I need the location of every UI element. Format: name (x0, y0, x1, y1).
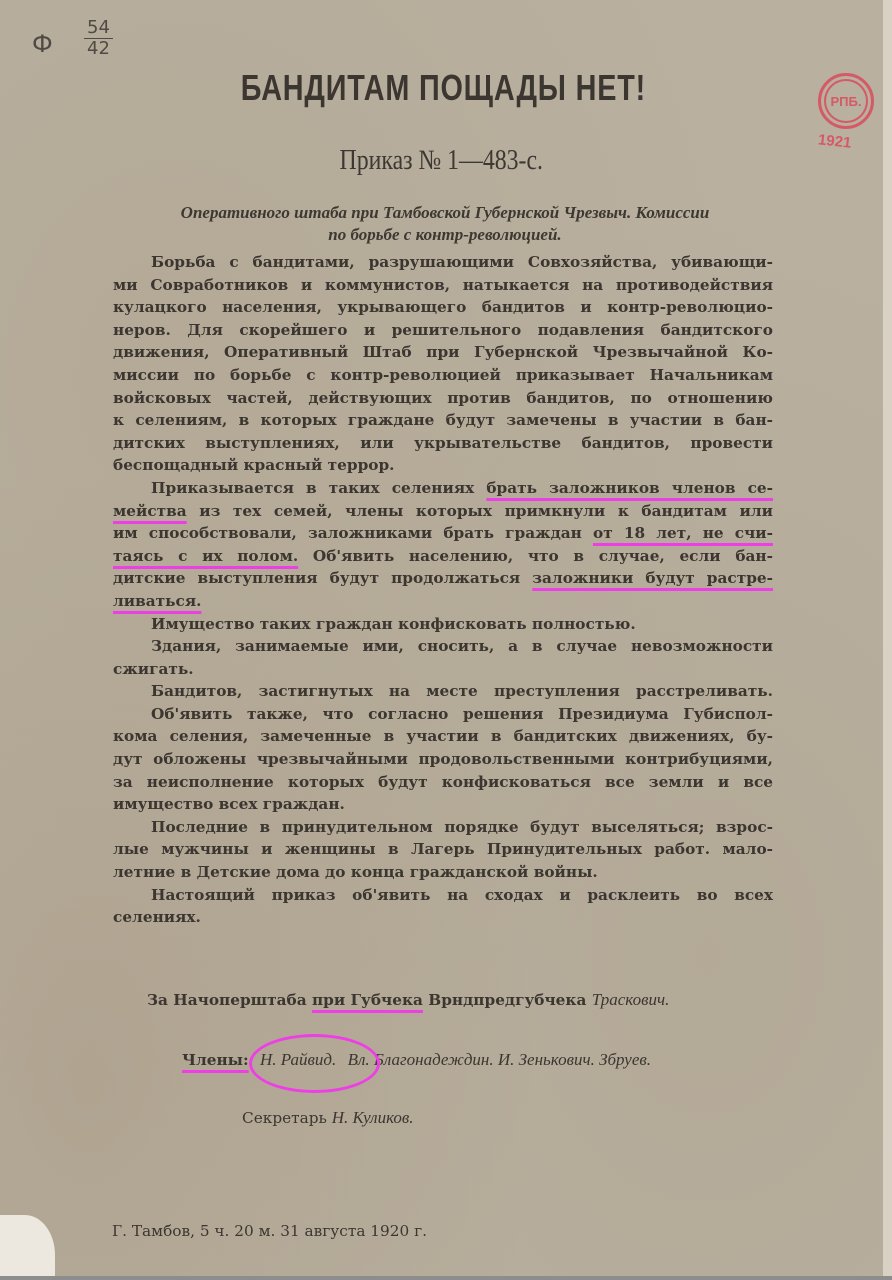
text-line: сжигать. (113, 658, 773, 681)
text-line: Приказывается в таких селениях брать зал… (113, 477, 773, 500)
library-stamp: РПБ. (818, 73, 874, 129)
text-line: Бандитов, застигнутых на месте преступле… (113, 680, 773, 703)
text-line: Настоящий приказ об'явить на сходах и ра… (113, 884, 773, 907)
text-span: из тех семей, члены которых примкнули к … (187, 502, 773, 520)
members-label: Члены: (182, 1051, 249, 1069)
place-date-footer: Г. Тамбов, 5 ч. 20 м. 31 августа 1920 г. (112, 1222, 427, 1240)
text-line: летние в Детские дома до конца гражданск… (113, 861, 773, 884)
text-line: ливаться. (113, 590, 773, 613)
text-line: селениях. (113, 906, 773, 929)
stamp-year: 1921 (817, 131, 852, 151)
stamp-text: РПБ. (831, 94, 862, 109)
text-span: За Начоперштаба (147, 991, 312, 1009)
text-line: таясь с их полом. Об'явить населению, чт… (113, 545, 773, 568)
order-body: Борьба с бандитами, разрушающими Совхозя… (113, 251, 773, 929)
scan-edge-right (883, 0, 892, 1276)
highlighted-phrase: таясь с их полом. (113, 547, 298, 565)
highlighted-phrase: при Губчека (312, 991, 423, 1009)
text-line: Борьба с бандитами, разрушающими Совхозя… (113, 251, 773, 274)
archive-handwritten-note: Ф 54 42 (32, 18, 132, 68)
archive-note-denominator: 42 (84, 39, 113, 59)
page-title: БАНДИТАМ ПОЩАДЫ НЕТ! (90, 67, 796, 109)
secretary-label: Секретарь (242, 1109, 332, 1127)
text-line: мейства из тех семей, члены которых прим… (113, 500, 773, 523)
text-line: за неисполнение которых будут конфискова… (113, 771, 773, 794)
text-line: беспощадный красный террор. (113, 454, 773, 477)
text-line: дитских выступлениях, или укрывательстве… (113, 432, 773, 455)
text-line: кулацкого населения, укрывающего бандито… (113, 296, 773, 319)
text-line: Имущество таких граждан конфисковать пол… (113, 613, 773, 636)
subtitle-line: Оперативного штаба при Тамбовской Губерн… (100, 202, 790, 224)
text-line: кома селения, замеченные в участии в бан… (113, 725, 773, 748)
highlighted-phrase: от 18 лет, не счи- (593, 524, 773, 542)
text-line: дут обложены чрезвычайными продовольстве… (113, 748, 773, 771)
text-line: им способствовали, заложниками брать гра… (113, 522, 773, 545)
text-line: неров. Для скорейшего и решительного под… (113, 319, 773, 342)
highlighted-phrase: брать заложников членов се- (486, 479, 773, 497)
archive-note-fraction: 54 42 (84, 18, 113, 59)
text-line: дитские выступления будут продолжаться з… (113, 567, 773, 590)
text-line: Здания, занимаемые ими, сносить, а в слу… (113, 635, 773, 658)
text-line: войсковых частей, действующих против бан… (113, 387, 773, 410)
text-line: Последние в принудительном порядке будут… (113, 816, 773, 839)
text-line: к селениям, в которых граждане будут зам… (113, 409, 773, 432)
text-line: ми Совработников и коммунистов, натыкает… (113, 274, 773, 297)
archive-note-numerator: 54 (84, 18, 113, 39)
text-span: им способствовали, заложниками брать гра… (113, 524, 593, 542)
text-span: Врндпредгубчека (423, 991, 592, 1009)
highlighted-phrase: заложники будут растре- (532, 569, 773, 587)
archive-note-prefix: Ф (32, 30, 53, 58)
text-line: движения, Оперативный Штаб при Губернско… (113, 341, 773, 364)
subtitle-line: по борьбе с контр-революцией. (100, 224, 790, 246)
highlighted-phrase: мейства (113, 502, 187, 520)
text-line: лые мужчины и женщины в Лагерь Принудите… (113, 838, 773, 861)
issuer-subtitle: Оперативного штаба при Тамбовской Губерн… (100, 202, 790, 246)
text-span: дитские выступления будут продолжаться (113, 569, 532, 587)
text-line: Об'явить также, что согласно решения Пре… (113, 703, 773, 726)
order-number: Приказ № 1—483-с. (66, 145, 817, 177)
text-line: имущество всех граждан. (113, 793, 773, 816)
signature-secretary: Секретарь Н. Куликов. (242, 1108, 414, 1128)
text-span: Об'явить населению, что в случае, если б… (298, 547, 773, 565)
highlight-circle (249, 1034, 380, 1093)
highlighted-phrase: ливаться. (113, 592, 201, 610)
signatory-name: Траскович. (592, 990, 670, 1009)
scan-edge-bottom (0, 1276, 892, 1280)
secretary-name: Н. Куликов. (332, 1108, 414, 1127)
other-members: Вл. Благонадеждин. И. Зенькович. Збруев. (348, 1050, 651, 1069)
text-line: миссии по борьбе с контр-революцией прик… (113, 364, 773, 387)
signature-chief: За Начоперштаба при Губчека Врндпредгубч… (147, 990, 669, 1010)
text-span: Приказывается в таких селениях (151, 479, 486, 497)
